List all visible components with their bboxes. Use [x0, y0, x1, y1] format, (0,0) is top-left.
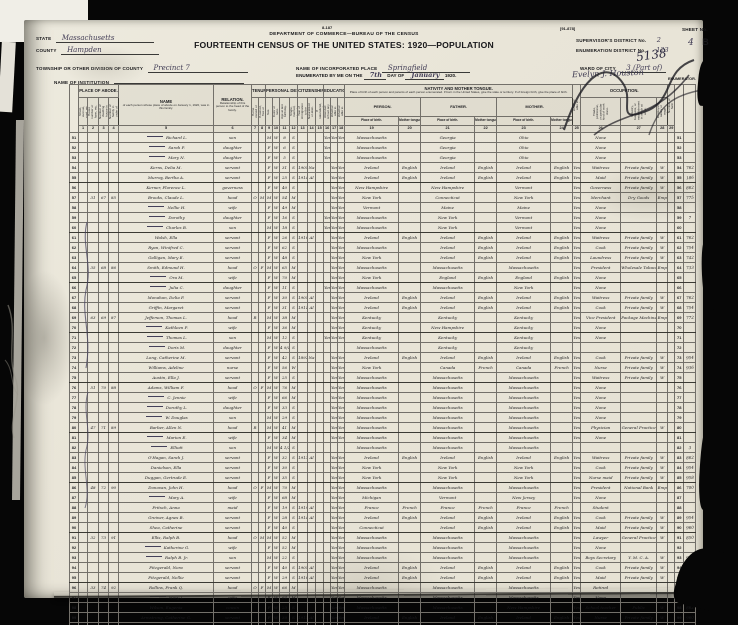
- cell-read: Yes: [331, 323, 338, 333]
- cell-family: [109, 503, 119, 513]
- cell-ln: 60: [70, 223, 79, 233]
- cell-sex: F: [266, 163, 273, 173]
- cell-tenure: [252, 303, 259, 313]
- cell-write: Yes: [338, 403, 345, 413]
- cell-immigration: [298, 533, 308, 543]
- cell-rn: 73: [675, 353, 684, 363]
- cell-dwelling: [99, 343, 109, 353]
- cell-industry: National Bank: [621, 483, 657, 493]
- cell-father-birthplace: England: [421, 273, 475, 283]
- cell-family: 85: [109, 193, 119, 203]
- cell-sex: F: [266, 243, 273, 253]
- cell-mother-tongue: [551, 493, 573, 503]
- column-number: 10: [273, 126, 280, 133]
- cell-mother-tongue: English: [551, 523, 573, 533]
- cell-age: 4 9/12: [280, 343, 290, 353]
- cell-nat-year: [316, 383, 324, 393]
- cell-rn: 71: [675, 333, 684, 343]
- county-label: COUNTY: [36, 48, 57, 53]
- cell-school: [324, 483, 331, 493]
- cell-code: 762: [683, 292, 696, 303]
- cell-rn: 81: [675, 433, 684, 443]
- mother-tongue-header: Mother tongue.: [551, 117, 573, 126]
- cell-immigration: 1919: [298, 503, 308, 513]
- cell-father-tongue: [475, 143, 497, 153]
- cell-ln: 64: [70, 263, 79, 273]
- cell-write: Yes: [338, 383, 345, 393]
- farm-column-header: Number of farm schedule.: [668, 85, 675, 126]
- cell-nat-year: [316, 183, 324, 193]
- cell-nat-year: [316, 263, 324, 273]
- cell-ln: 77: [70, 393, 79, 403]
- cell-name: Jefferson, Thomas L.: [119, 313, 214, 323]
- cell-sex: F: [266, 573, 273, 583]
- cell-nat-year: [316, 513, 324, 523]
- cell-occupation: Cook: [581, 353, 621, 363]
- cell-marital: S: [290, 233, 298, 243]
- cell-industry: [621, 503, 657, 513]
- form-number: 8-187: [322, 25, 332, 30]
- cell-read: Yes: [331, 203, 338, 213]
- cell-sex: F: [266, 303, 273, 313]
- cell-ln: 67: [70, 293, 79, 303]
- cell-house: [88, 163, 99, 173]
- cell-father-tongue: [475, 133, 497, 143]
- cell-english: Yes: [573, 383, 581, 393]
- cell-father-tongue: [475, 153, 497, 163]
- cell-mother-tongue: English: [551, 303, 573, 313]
- cell-tongue: [399, 363, 421, 373]
- cell-school: Yes: [324, 153, 331, 163]
- cell-relation: daughter: [214, 343, 252, 353]
- cell-street: [79, 313, 88, 323]
- cell-farm: [668, 553, 675, 563]
- cell-mortgage: [259, 133, 266, 143]
- cell-marital: S: [290, 213, 298, 223]
- cell-age: 40: [280, 523, 290, 533]
- cell-farm: [668, 503, 675, 513]
- cell-occupation: None: [581, 203, 621, 213]
- cell-english: Yes: [573, 333, 581, 343]
- cell-age: 26: [280, 233, 290, 243]
- cell-house: [88, 283, 99, 293]
- cell-birthplace: Vermont: [345, 203, 399, 213]
- cell-school: [324, 613, 331, 623]
- cell-age: 40: [280, 183, 290, 193]
- cell-relation: servant: [214, 473, 252, 483]
- cell-tongue: [399, 243, 421, 253]
- cell-rn: 68: [675, 303, 684, 313]
- cell-nat-year: [316, 163, 324, 173]
- cell-color: W: [273, 443, 280, 453]
- cell-age: 30: [280, 613, 290, 623]
- cell-sex: M: [266, 193, 273, 203]
- cell-school: [324, 353, 331, 363]
- cell-mother-birthplace: Massachusetts: [497, 433, 551, 443]
- cell-occupation: None: [581, 493, 621, 503]
- cell-age: 52: [280, 543, 290, 553]
- cell-age: 23: [280, 603, 290, 613]
- cell-rn: 82: [675, 443, 684, 453]
- cell-dwelling: [99, 273, 109, 283]
- cell-rn: 51: [675, 133, 684, 143]
- cell-rn: 56: [675, 183, 684, 193]
- cell-rn: 92: [675, 543, 684, 553]
- cell-ln: 76: [70, 383, 79, 393]
- column-number: 1: [79, 126, 88, 133]
- cell-marital: S: [290, 283, 298, 293]
- cell-write: Yes: [338, 523, 345, 533]
- personal-col-header: Sex.: [266, 98, 273, 126]
- cell-naturalization: [308, 403, 316, 413]
- cell-ln: 94: [70, 563, 79, 573]
- cell-code: 700: [683, 482, 696, 493]
- cell-family: [109, 373, 119, 383]
- cell-write: Yes: [338, 513, 345, 523]
- cell-sex: F: [266, 283, 273, 293]
- cell-marital: M: [290, 533, 298, 543]
- cell-english: Yes: [573, 553, 581, 563]
- cell-code: 742: [683, 252, 696, 263]
- cell-house: 48: [88, 483, 99, 493]
- cell-street: [79, 283, 88, 293]
- cell-naturalization: [308, 433, 316, 443]
- cell-father-birthplace: Ireland: [421, 613, 475, 623]
- cell-color: W: [273, 573, 280, 583]
- relation-column-note: Relationship of this person to the head …: [214, 102, 251, 112]
- cell-dwelling: [99, 493, 109, 503]
- sheet-value: 4: [682, 38, 698, 48]
- cell-nat-year: [316, 543, 324, 553]
- cell-farm: [668, 273, 675, 283]
- cell-color: W: [273, 163, 280, 173]
- cell-street: [79, 553, 88, 563]
- census-row: 66Julia C.daughterFW11SYesYesYesMassachu…: [70, 283, 696, 293]
- cell-rn: 52: [675, 143, 684, 153]
- cell-street: [79, 143, 88, 153]
- census-row: 68Griffin, MargaretservantFW31S1911AlYes…: [70, 303, 696, 313]
- cell-father-tongue: [475, 433, 497, 443]
- cell-name: Adams, William F.: [119, 383, 214, 393]
- education-group-header: EDUCATION.: [324, 85, 345, 98]
- cell-mother-birthplace: England: [497, 273, 551, 283]
- cell-tenure: [252, 443, 259, 453]
- cell-birthplace: New York: [345, 473, 399, 483]
- cell-mortgage: [259, 473, 266, 483]
- cell-write: Yes: [338, 353, 345, 363]
- cell-naturalization: [308, 213, 316, 223]
- cell-sex: F: [266, 363, 273, 373]
- cell-employment: W: [657, 233, 668, 243]
- cell-rn: 64: [675, 263, 684, 273]
- cell-marital: W: [290, 363, 298, 373]
- cell-tenure: [252, 293, 259, 303]
- cell-occupation: Nurse: [581, 363, 621, 373]
- cell-dwelling: 72: [99, 483, 109, 493]
- cell-naturalization: [308, 483, 316, 493]
- cell-ln: 54: [70, 163, 79, 173]
- cell-read: Yes: [331, 333, 338, 343]
- cell-read: Yes: [331, 403, 338, 413]
- cell-mother-birthplace: Canada: [497, 363, 551, 373]
- cell-street: [79, 483, 88, 493]
- cell-naturalization: [308, 493, 316, 503]
- census-row: 88Fritsch, AnnamaidFW19S1919AlYesYesFran…: [70, 503, 696, 513]
- tenure-col-header: Home owned or rented.: [252, 98, 259, 126]
- cell-street: [79, 223, 88, 233]
- cell-farm: [668, 313, 675, 323]
- cell-write: Yes: [338, 473, 345, 483]
- column-number: 2: [88, 126, 99, 133]
- cell-color: W: [273, 333, 280, 343]
- column-number: 24: [551, 126, 573, 133]
- cell-mother-birthplace: France: [497, 503, 551, 513]
- cell-name: Julia C.: [119, 283, 214, 293]
- cell-tongue: [399, 343, 421, 353]
- cell-occupation: None: [581, 323, 621, 333]
- cell-birthplace: New York: [345, 463, 399, 473]
- cell-code: 954: [683, 462, 696, 473]
- cell-age: 25: [280, 373, 290, 383]
- cell-color: W: [273, 433, 280, 443]
- cell-house: [88, 393, 99, 403]
- cell-employment: W: [657, 573, 668, 583]
- cell-marital: S: [290, 133, 298, 143]
- cell-relation: servant: [214, 513, 252, 523]
- cell-family: [109, 303, 119, 313]
- cell-street: [79, 303, 88, 313]
- cell-school: [324, 233, 331, 243]
- cell-sex: F: [266, 293, 273, 303]
- cell-farm: [668, 473, 675, 483]
- cell-tongue: [399, 223, 421, 233]
- cell-read: Yes: [331, 423, 338, 433]
- cell-birthplace: Ireland: [345, 173, 399, 183]
- cell-tenure: [252, 393, 259, 403]
- cell-industry: Private family: [621, 453, 657, 463]
- cell-dwelling: 71: [99, 423, 109, 433]
- cell-immigration: [298, 433, 308, 443]
- cell-tongue: [399, 273, 421, 283]
- cell-father-tongue: English: [475, 353, 497, 363]
- cell-english: Yes: [573, 573, 581, 583]
- cell-tenure: [252, 453, 259, 463]
- cell-house: [88, 513, 99, 523]
- cell-industry: Wholesale Tobacco: [621, 263, 657, 273]
- cell-read: [331, 153, 338, 163]
- cell-mother-birthplace: Kentucky: [497, 313, 551, 323]
- ditto-dash: [145, 546, 161, 547]
- cell-nat-year: [316, 523, 324, 533]
- cell-house: [88, 413, 99, 423]
- cell-occupation: None: [581, 433, 621, 443]
- census-row: 95Fitzgerald, NellieservantFW29S1910AlYe…: [70, 573, 696, 583]
- cell-rn: 88: [675, 503, 684, 513]
- cell-name: Doris M.: [119, 343, 214, 353]
- census-row: 64356886Smith, Edmund H.headOFMW65MYesYe…: [70, 263, 696, 273]
- cell-house: [88, 503, 99, 513]
- cell-father-birthplace: Ireland: [421, 253, 475, 263]
- cell-naturalization: Al: [308, 613, 316, 623]
- cell-tongue: English: [399, 453, 421, 463]
- column-number: 23: [497, 126, 551, 133]
- cell-house: [88, 463, 99, 473]
- cell-house: [88, 543, 99, 553]
- cell-nat-year: [316, 413, 324, 423]
- cell-mother-tongue: English: [551, 563, 573, 573]
- cell-english: Yes: [573, 413, 581, 423]
- cell-birthplace: Massachusetts: [345, 423, 399, 433]
- cell-occupation: Waitress: [581, 233, 621, 243]
- cell-farm: [668, 453, 675, 463]
- cell-industry: [621, 543, 657, 553]
- occupation-col-header: Trade, profession, or particular kind of…: [581, 98, 621, 126]
- cell-name: Danielson, Ella: [119, 463, 214, 473]
- cell-rn: 85: [675, 473, 684, 483]
- cell-mortgage: M: [259, 193, 266, 203]
- cell-code: 186: [683, 172, 696, 183]
- cell-age: 5: [280, 153, 290, 163]
- cell-mother-tongue: [551, 283, 573, 293]
- cell-employment: [657, 443, 668, 453]
- name-column-note: of each person whose place of abode on J…: [119, 104, 213, 111]
- cell-school: [324, 173, 331, 183]
- cell-tenure: [252, 553, 259, 563]
- cell-mother-birthplace: Ireland: [497, 243, 551, 253]
- cell-tenure: [252, 473, 259, 483]
- cell-industry: Package Machine Co.: [621, 313, 657, 323]
- cell-mother-birthplace: Ohio: [497, 133, 551, 143]
- cell-tenure: [252, 133, 259, 143]
- cell-farm: [668, 603, 675, 613]
- ditto-dash: [147, 226, 163, 227]
- cell-age: 30: [280, 463, 290, 473]
- cell-industry: [621, 443, 657, 453]
- cell-school: [324, 343, 331, 353]
- cell-age: 41: [280, 423, 290, 433]
- cell-tongue: [399, 413, 421, 423]
- cell-tongue: [399, 283, 421, 293]
- cell-read: Yes: [331, 353, 338, 363]
- cell-sex: M: [266, 533, 273, 543]
- cell-father-birthplace: Kentucky: [421, 343, 475, 353]
- cell-school: [324, 523, 331, 533]
- cell-ln: 68: [70, 303, 79, 313]
- cell-relation: servant: [214, 453, 252, 463]
- cell-code: 958: [683, 472, 696, 483]
- ditto-dash: [150, 286, 166, 287]
- cell-tenure: [252, 463, 259, 473]
- cell-relation: cousin: [214, 603, 252, 613]
- personal-col-header: Age at last birthday.: [280, 98, 290, 126]
- cell-immigration: [298, 243, 308, 253]
- cell-birthplace: Massachusetts: [345, 413, 399, 423]
- abode-col-header: Number of family in order of visitation.: [109, 98, 119, 126]
- cell-immigration: [298, 393, 308, 403]
- cell-dwelling: [99, 363, 109, 373]
- column-number: 12: [290, 126, 298, 133]
- cell-read: Yes: [331, 363, 338, 373]
- cell-color: W: [273, 353, 280, 363]
- cell-immigration: [298, 383, 308, 393]
- cell-nat-year: [316, 303, 324, 313]
- cell-school: [324, 323, 331, 333]
- cell-birthplace: New York: [345, 273, 399, 283]
- cell-dwelling: [99, 183, 109, 193]
- cell-english: Yes: [573, 483, 581, 493]
- cell-mother-tongue: [551, 193, 573, 203]
- cell-employment: [657, 403, 668, 413]
- cell-name: W. Douglas: [119, 413, 214, 423]
- cell-name: Charles B.: [119, 223, 214, 233]
- cell-age: 35: [280, 473, 290, 483]
- cell-relation: servant: [214, 233, 252, 243]
- cell-family: 90: [109, 483, 119, 493]
- cell-birthplace: Massachusetts: [345, 223, 399, 233]
- cell-color: W: [273, 503, 280, 513]
- cell-school: [324, 433, 331, 443]
- cell-tenure: [252, 503, 259, 513]
- cell-nat-year: [316, 473, 324, 483]
- cell-street: [79, 173, 88, 183]
- census-row: 61Walsh, EllaservantFW26S1910AlYesYesIre…: [70, 233, 696, 243]
- cell-immigration: 1913: [298, 453, 308, 463]
- cell-father-tongue: French: [475, 503, 497, 513]
- cell-tongue: [399, 323, 421, 333]
- cell-industry: [621, 203, 657, 213]
- cell-naturalization: [308, 143, 316, 153]
- cell-age: 8: [280, 133, 290, 143]
- cell-naturalization: [308, 363, 316, 373]
- cell-house: [88, 403, 99, 413]
- cell-dwelling: [99, 143, 109, 153]
- cell-color: W: [273, 533, 280, 543]
- census-row: 76517088Adams, William F.headOFMW76MYesY…: [70, 383, 696, 393]
- cell-tenure: [252, 563, 259, 573]
- column-number: 22: [475, 126, 497, 133]
- cell-immigration: [298, 553, 308, 563]
- cell-family: [109, 543, 119, 553]
- cell-birthplace: Massachusetts: [345, 343, 399, 353]
- cell-naturalization: [308, 473, 316, 483]
- cell-marital: S: [290, 613, 298, 623]
- cell-school: Yes: [324, 223, 331, 233]
- cell-tongue: [399, 493, 421, 503]
- census-row: 74Williams, AdelinenurseFW56WYesYesNew Y…: [70, 363, 696, 373]
- nativity-note: Place of birth of each person and parent…: [345, 91, 572, 94]
- cell-write: Yes: [338, 193, 345, 203]
- cell-house: [88, 133, 99, 143]
- cell-school: [324, 473, 331, 483]
- cell-name: Monahan, Delia F.: [119, 293, 214, 303]
- cell-sex: F: [266, 463, 273, 473]
- cell-dwelling: 68: [99, 263, 109, 273]
- cell-ln: 61: [70, 233, 79, 243]
- cell-age: 25: [280, 173, 290, 183]
- cell-name: Marion E.: [119, 433, 214, 443]
- column-number: 6: [214, 126, 252, 133]
- cell-farm: [668, 393, 675, 403]
- place-of-birth-header: Place of birth.: [421, 117, 475, 126]
- cell-farm: [668, 493, 675, 503]
- cell-birthplace: Massachusetts: [345, 263, 399, 273]
- cell-naturalization: Al: [308, 573, 316, 583]
- cell-family: [109, 603, 119, 613]
- cell-mother-tongue: [551, 413, 573, 423]
- cell-dwelling: [99, 133, 109, 143]
- cell-naturalization: [308, 533, 316, 543]
- cell-mother-birthplace: Ireland: [497, 523, 551, 533]
